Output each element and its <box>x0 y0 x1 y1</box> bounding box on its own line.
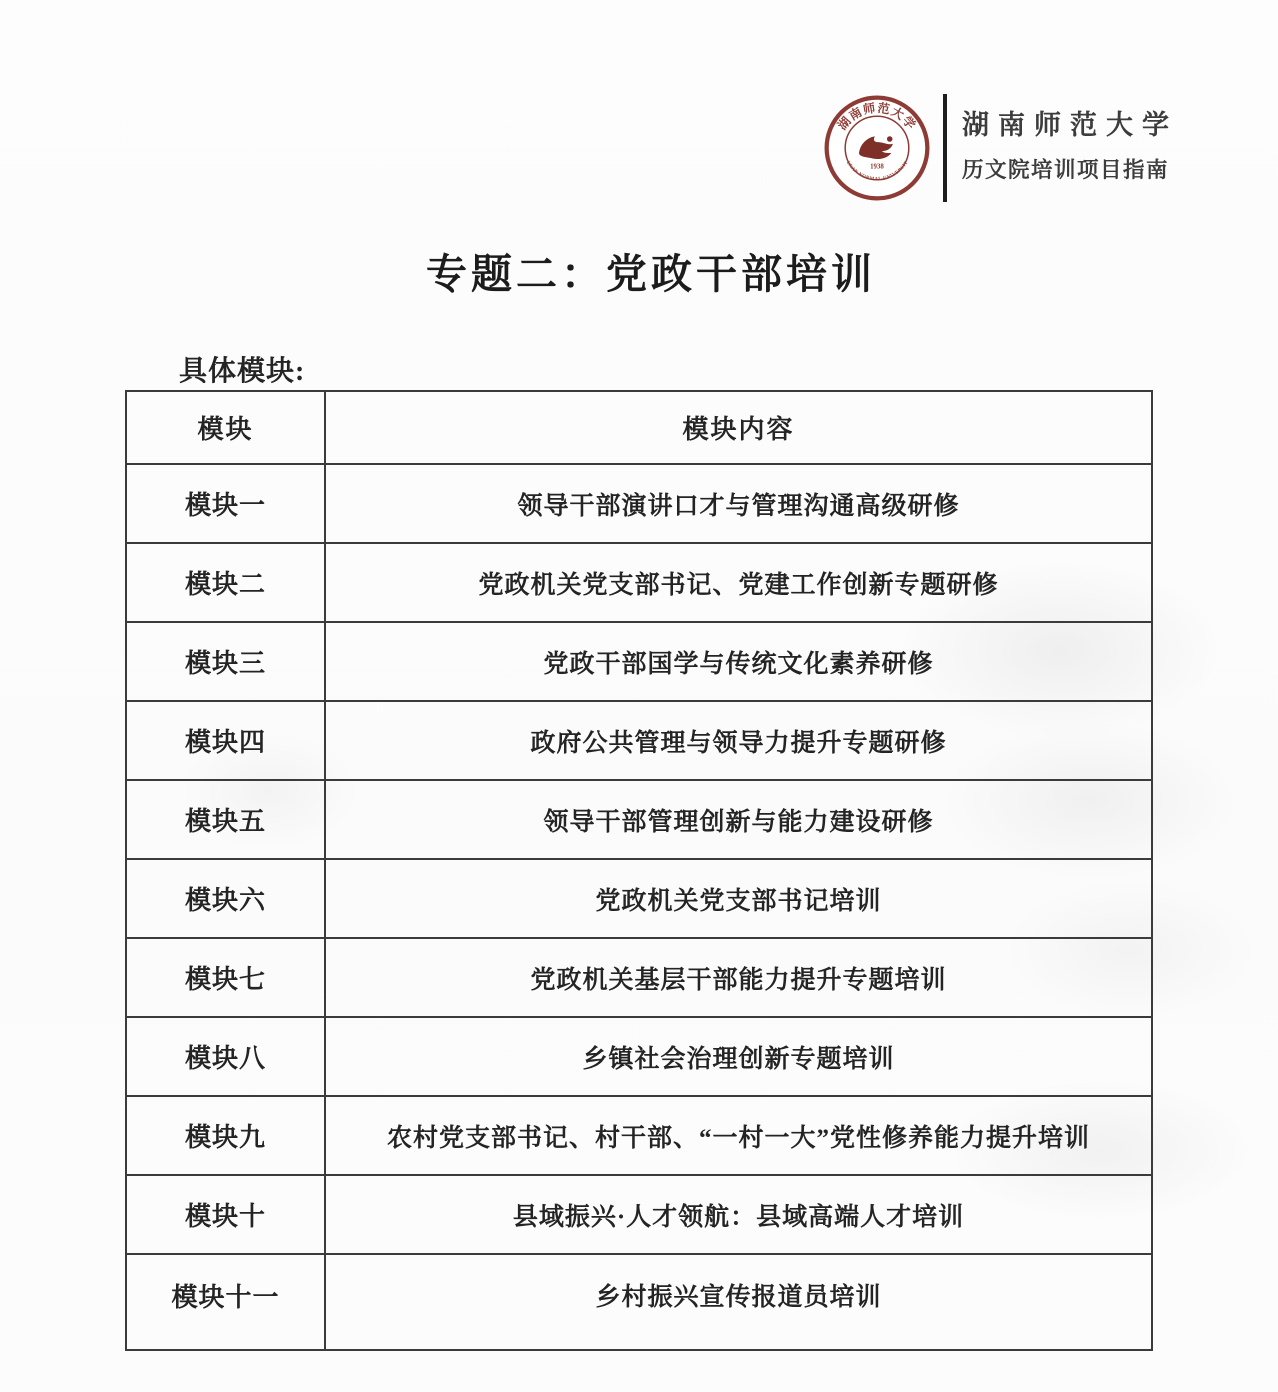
module-content-cell: 政府公共管理与领导力提升专题研修 <box>325 701 1152 780</box>
page-title: 专题二：党政干部培训 <box>12 241 1278 300</box>
table-row: 模块十一 乡村振兴宣传报道员培训 <box>126 1254 1152 1350</box>
module-cell: 模块四 <box>126 701 325 780</box>
table-row: 模块十 县域振兴·人才领航：县域高端人才培训 <box>126 1175 1152 1254</box>
table-row: 模块八 乡镇社会治理创新专题培训 <box>126 1017 1152 1096</box>
module-cell: 模块三 <box>126 622 325 701</box>
module-cell: 模块一 <box>126 464 325 543</box>
module-cell: 模块九 <box>126 1096 325 1175</box>
module-cell: 模块十 <box>126 1175 325 1254</box>
module-content-cell: 乡村振兴宣传报道员培训 <box>325 1254 1152 1350</box>
university-seal-icon: 湖南师范大学 HUNAN NORMAL UNIVERSITY 1938 <box>824 95 930 201</box>
modules-table: 模块 模块内容 模块一 领导干部演讲口才与管理沟通高级研修 模块二 党政机关党支… <box>125 390 1153 1351</box>
module-content-cell: 乡镇社会治理创新专题培训 <box>325 1017 1152 1096</box>
seal-bird-head <box>887 136 893 142</box>
table-row: 模块一 领导干部演讲口才与管理沟通高级研修 <box>126 464 1152 543</box>
module-cell: 模块二 <box>126 543 325 622</box>
module-cell: 模块六 <box>126 859 325 938</box>
module-cell: 模块十一 <box>126 1254 325 1350</box>
module-content-cell: 党政机关党支部书记、党建工作创新专题研修 <box>325 543 1152 622</box>
table-row: 模块五 领导干部管理创新与能力建设研修 <box>126 780 1152 859</box>
document-header: 湖南师范大学 HUNAN NORMAL UNIVERSITY 1938 湖南师范… <box>824 94 1178 202</box>
module-content-cell: 党政机关党支部书记培训 <box>325 859 1152 938</box>
document-page: 湖南师范大学 HUNAN NORMAL UNIVERSITY 1938 湖南师范… <box>0 0 1278 1392</box>
section-label: 具体模块: <box>179 349 305 389</box>
table-row: 模块六 党政机关党支部书记培训 <box>126 859 1152 938</box>
module-cell: 模块五 <box>126 780 325 859</box>
column-header-content: 模块内容 <box>325 391 1152 464</box>
column-header-module: 模块 <box>126 391 325 464</box>
table-row: 模块九 农村党支部书记、村干部、“一村一大”党性修养能力提升培训 <box>126 1096 1152 1175</box>
university-name: 湖南师范大学 <box>962 112 1178 139</box>
module-content-cell: 领导干部管理创新与能力建设研修 <box>325 780 1152 859</box>
module-cell: 模块七 <box>126 938 325 1017</box>
module-content-cell: 领导干部演讲口才与管理沟通高级研修 <box>325 464 1152 543</box>
brand-text: 湖南师范大学 历文院培训项目指南 <box>962 112 1178 184</box>
table-row: 模块七 党政机关基层干部能力提升专题培训 <box>126 938 1152 1017</box>
header-subtitle: 历文院培训项目指南 <box>962 153 1178 184</box>
module-content-cell: 党政机关基层干部能力提升专题培训 <box>325 938 1152 1017</box>
header-divider <box>943 94 947 202</box>
module-content-cell: 党政干部国学与传统文化素养研修 <box>325 622 1152 701</box>
seal-year: 1938 <box>870 164 884 171</box>
module-cell: 模块八 <box>126 1017 325 1096</box>
table-row: 模块二 党政机关党支部书记、党建工作创新专题研修 <box>126 543 1152 622</box>
module-content-cell: 农村党支部书记、村干部、“一村一大”党性修养能力提升培训 <box>325 1096 1152 1175</box>
table-row: 模块三 党政干部国学与传统文化素养研修 <box>126 622 1152 701</box>
table-header-row: 模块 模块内容 <box>126 391 1152 464</box>
module-content-cell: 县域振兴·人才领航：县域高端人才培训 <box>325 1175 1152 1254</box>
table-row: 模块四 政府公共管理与领导力提升专题研修 <box>126 701 1152 780</box>
